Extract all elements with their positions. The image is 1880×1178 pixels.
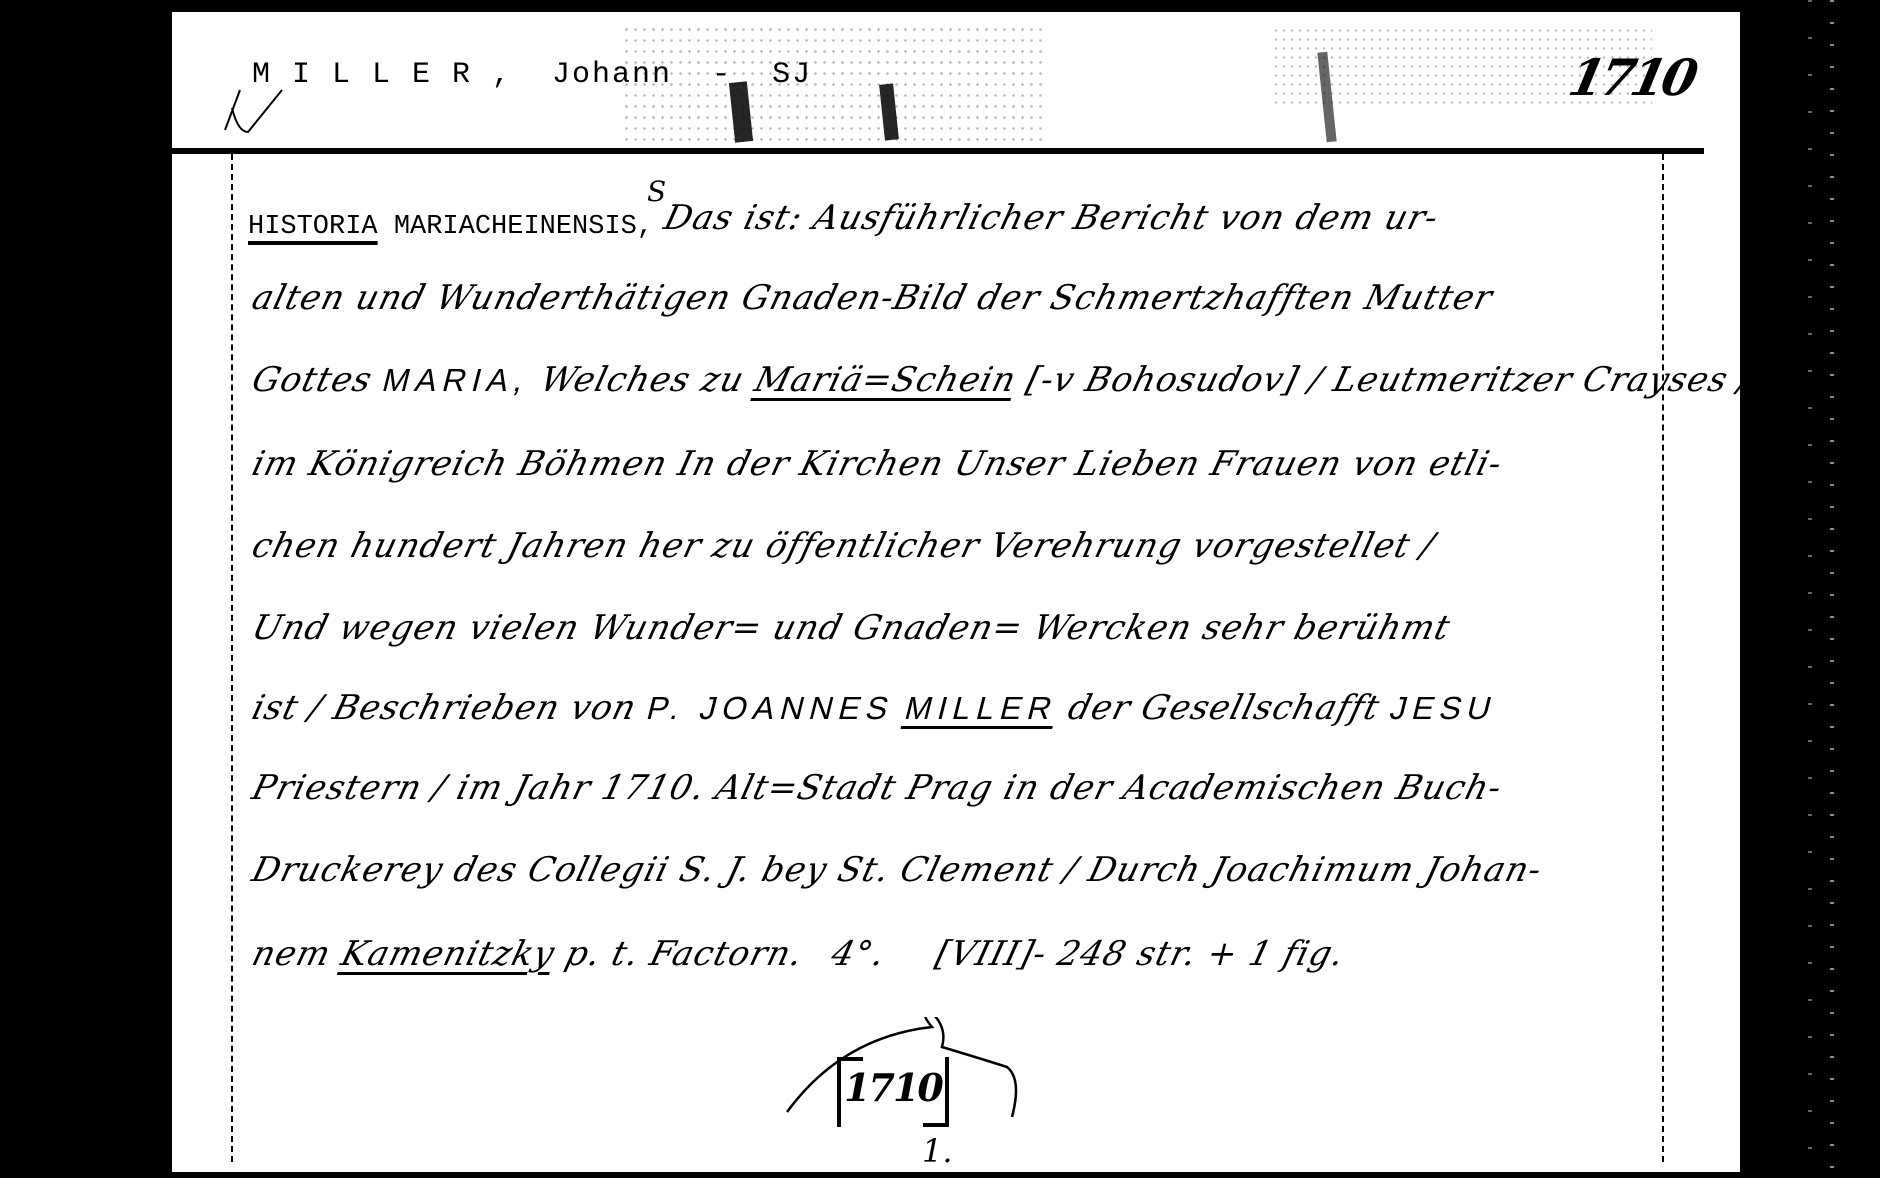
hw-place-name: Mariä=Schein: [751, 360, 1021, 400]
hw-collation: [VIII]- 248 str. + 1 fig.: [932, 934, 1349, 974]
handwritten-line: alten und Wunderthätigen Gnaden-Bild der…: [248, 278, 1497, 318]
catalog-card: M I L L E R , Johann - SJ 1710 S HISTORI…: [172, 12, 1740, 1172]
card-heading-date: 1710: [1564, 48, 1700, 107]
hw-printer-name: Kamenitzky: [337, 934, 559, 974]
handwritten-line: chen hundert Jahren her zu öffentlicher …: [248, 526, 1439, 566]
hw-word: p. t. Factorn.: [561, 934, 807, 974]
hw-format: 4°.: [827, 934, 889, 974]
card-heading-author: M I L L E R , Johann - SJ: [252, 58, 812, 92]
handwritten-line: ist / Beschrieben von P. JOANNES MILLER …: [248, 688, 1502, 728]
date-stamp-text: 1710: [841, 1065, 945, 1110]
scan-edge-noise: [1808, 0, 1812, 1178]
hw-caps-jesu: JESU: [1386, 690, 1501, 726]
title-rest: MARIACHEINENSIS,: [378, 212, 653, 242]
title-correction: S: [647, 175, 666, 208]
scan-edge-noise: [1830, 0, 1834, 1178]
hw-word: / Leutmeritzer Crayses /: [1305, 360, 1757, 400]
book-title: HISTORIA MARIACHEINENSIS,: [248, 212, 653, 242]
hw-word: nem: [248, 934, 335, 974]
handwritten-line: nem Kamenitzky p. t. Factorn. 4°. [VIII]…: [248, 934, 1349, 974]
hw-word: der Gesellschafft: [1064, 688, 1384, 728]
hw-caps-maria: MARIA,: [379, 362, 534, 398]
handwritten-line: Gottes MARIA, Welches zu Mariä=Schein [-…: [248, 360, 1757, 400]
handwritten-line: im Königreich Böhmen In der Kirchen Unse…: [248, 444, 1507, 484]
hw-word: ist / Beschrieben von: [248, 688, 641, 728]
header-divider: [172, 148, 1704, 154]
right-margin-line: [1662, 154, 1664, 1162]
hw-caps-author-surname: MILLER: [901, 690, 1062, 726]
handwritten-line: Druckerey des Collegii S. J. bey St. Cle…: [248, 850, 1546, 890]
title-keyword: HISTORIA: [248, 212, 378, 242]
left-margin-line: [231, 154, 233, 1162]
handwritten-line: Priestern / im Jahr 1710. Alt=Stadt Prag…: [248, 768, 1506, 808]
hw-place-modern: [-v Bohosudov]: [1022, 360, 1303, 400]
handwritten-line: Das ist: Ausführlicher Bericht von dem u…: [660, 198, 1443, 238]
hw-word: Welches zu: [536, 360, 748, 400]
date-stamp-box: 1710: [837, 1057, 949, 1127]
handwritten-line: Und wegen vielen Wunder= und Gnaden= Wer…: [248, 608, 1455, 648]
hw-word: Gottes: [248, 360, 377, 400]
hw-caps-author-prefix: P. JOANNES: [643, 690, 898, 726]
page-number-mark: 1.: [922, 1132, 953, 1170]
